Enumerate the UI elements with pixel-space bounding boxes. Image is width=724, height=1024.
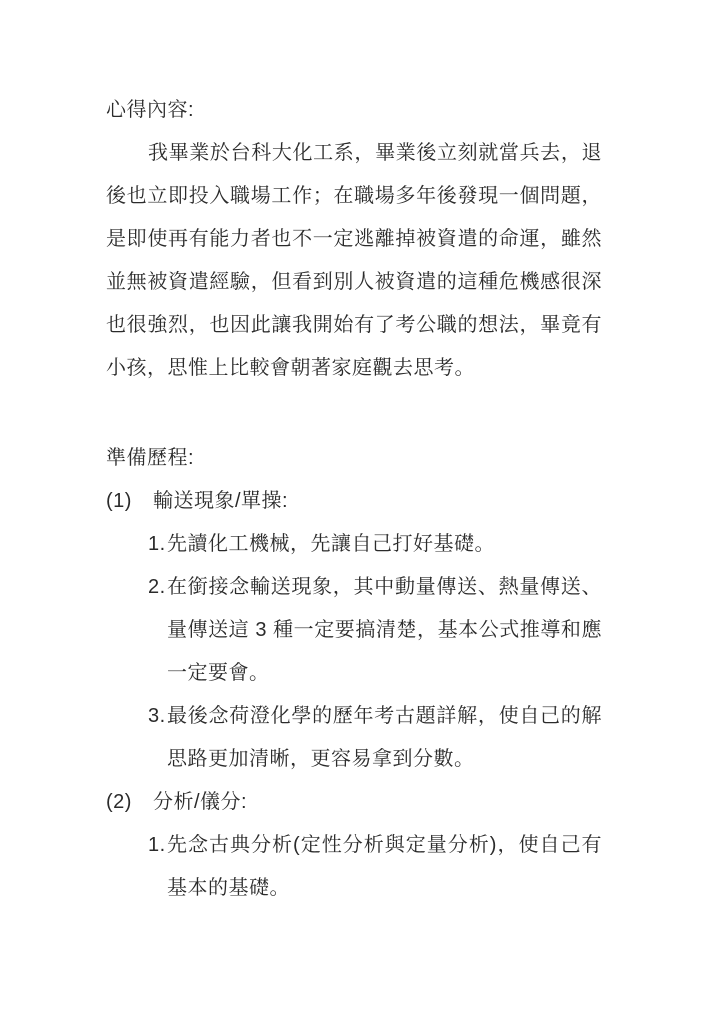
preparation-list: (1)輸送現象/單操:1.先讀化工機械，先讓自己打好基礎。2.在銜接念輸送現象，… <box>106 480 602 910</box>
step-number: 1. <box>148 824 167 867</box>
paragraph-line: 小孩，思惟上比較會朝著家庭觀去思考。 <box>106 347 602 390</box>
step-number: 3. <box>148 695 167 738</box>
step-number: 1. <box>148 523 167 566</box>
step-text: 在銜接念輸送現象，其中動量傳送、熱量傳送、質 <box>167 566 602 609</box>
step-line: 一定要會。 <box>167 652 602 695</box>
step-text: 最後念荷澄化學的歷年考古題詳解，使自己的解題 <box>167 695 602 738</box>
list-item-header: (1)輸送現象/單操: <box>106 480 602 523</box>
section-heading-experience: 心得內容: <box>106 89 602 132</box>
document-page: 心得內容: 我畢業於台科大化工系，畢業後立刻就當兵去，退伍後也立即投入職場工作；… <box>0 0 724 1024</box>
section-heading-preparation: 準備歷程: <box>106 437 602 480</box>
paragraph-spacer <box>106 390 602 437</box>
step-number: 2. <box>148 566 167 609</box>
paragraph-line: 後也立即投入職場工作；在職場多年後發現一個問題，就 <box>106 175 602 218</box>
step-line: 1.先讀化工機械，先讓自己打好基礎。 <box>148 523 602 566</box>
step-text: 先念古典分析(定性分析與定量分析)，使自己有了 <box>167 824 602 867</box>
paragraph-line: 也很強烈，也因此讓我開始有了考公職的想法，畢竟有了 <box>106 304 602 347</box>
step-line: 基本的基礎。 <box>167 867 602 910</box>
paragraph-line: 並無被資遣經驗，但看到別人被資遣的這種危機感很深刻 <box>106 261 602 304</box>
list-item-header: (2)分析/儀分: <box>106 781 602 824</box>
paragraph-line: 是即使再有能力者也不一定逃離掉被資遣的命運，雖然我 <box>106 218 602 261</box>
step-line: 思路更加清晰，更容易拿到分數。 <box>167 738 602 781</box>
document-content: 心得內容: 我畢業於台科大化工系，畢業後立刻就當兵去，退伍後也立即投入職場工作；… <box>106 89 602 910</box>
list-item-number: (1) <box>106 480 153 523</box>
step-text: 先讀化工機械，先讓自己打好基礎。 <box>167 523 602 566</box>
experience-paragraph: 我畢業於台科大化工系，畢業後立刻就當兵去，退伍後也立即投入職場工作；在職場多年後… <box>106 132 602 390</box>
list-item-label: 輸送現象/單操: <box>153 480 602 523</box>
list-item-number: (2) <box>106 781 153 824</box>
step-line: 量傳送這 3 種一定要搞清楚，基本公式推導和應用 <box>167 609 602 652</box>
paragraph-line: 我畢業於台科大化工系，畢業後立刻就當兵去，退伍 <box>106 132 602 175</box>
step-line: 1.先念古典分析(定性分析與定量分析)，使自己有了 <box>148 824 602 867</box>
step-line: 2.在銜接念輸送現象，其中動量傳送、熱量傳送、質 <box>148 566 602 609</box>
step-line: 3.最後念荷澄化學的歷年考古題詳解，使自己的解題 <box>148 695 602 738</box>
list-item-label: 分析/儀分: <box>153 781 602 824</box>
